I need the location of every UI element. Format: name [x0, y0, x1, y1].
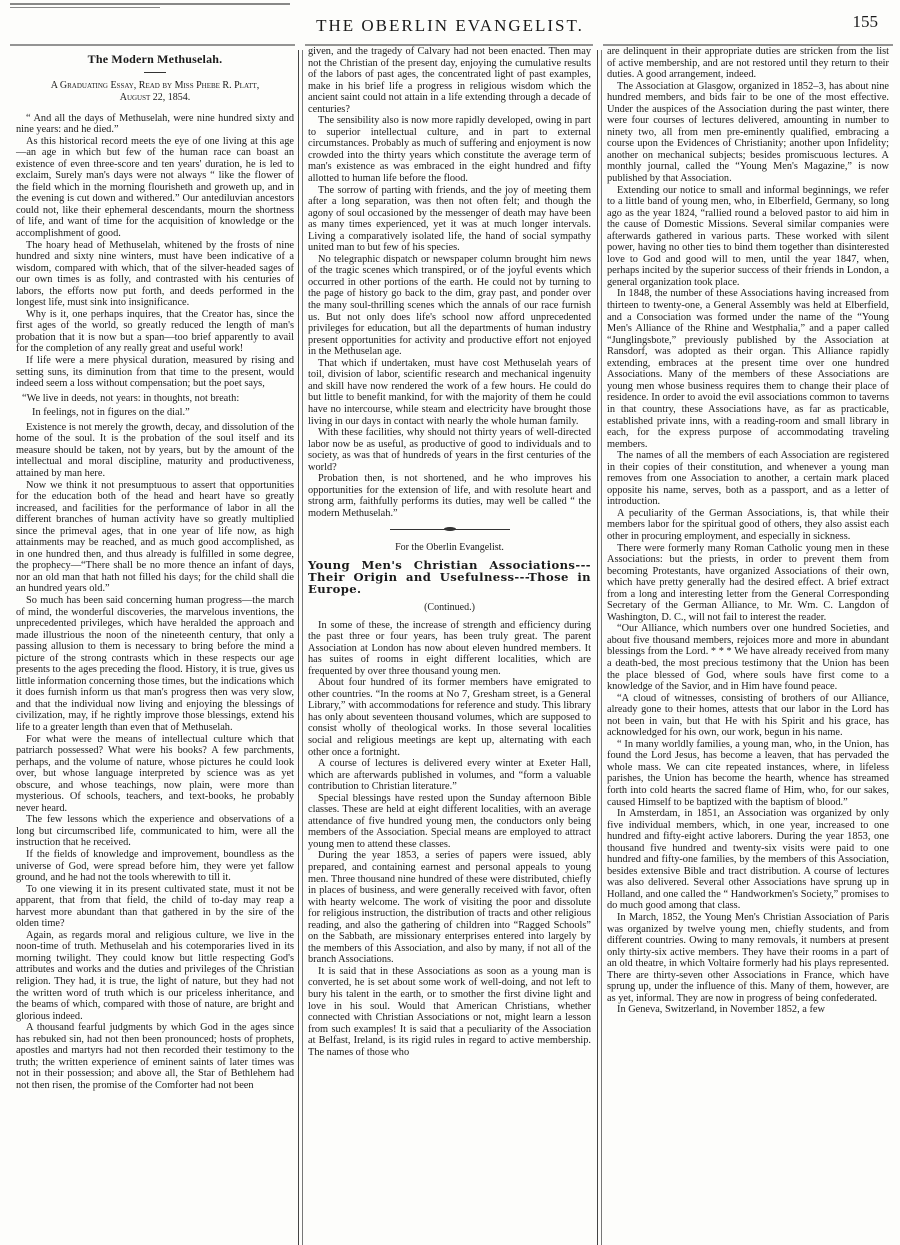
- byline-text: A Graduating Essay, Read by Miss Phebe R…: [51, 80, 260, 91]
- article-title: The Modern Methuselah.: [16, 54, 294, 66]
- paragraph: So much has been said concerning human p…: [16, 595, 294, 734]
- source-line: For the Oberlin Evangelist.: [308, 542, 591, 554]
- page-number: 155: [853, 12, 879, 32]
- paragraph: A course of lectures is delivered every …: [308, 758, 591, 793]
- paragraph: Special blessings have rested upon the S…: [308, 793, 591, 851]
- poem-line: “We live in deeds, not years: in thought…: [16, 393, 294, 405]
- article-divider: [390, 529, 510, 530]
- paragraph: In Amsterdam, in 1851, an Association wa…: [607, 808, 889, 912]
- continued-label: (Continued.): [308, 602, 591, 614]
- paragraph: “Our Alliance, which numbers over one hu…: [607, 623, 889, 692]
- paragraph: Again, as regards moral and religious cu…: [16, 930, 294, 1022]
- byline-date: August 22, 1854.: [120, 92, 191, 103]
- title-rule: [144, 72, 166, 73]
- paragraph: Existence is not merely the growth, deca…: [16, 422, 294, 480]
- paragraph-continued: given, and the tragedy of Calvary had no…: [308, 46, 591, 115]
- paragraph: No telegraphic dispatch or newspaper col…: [308, 254, 591, 358]
- paragraph: If the fields of knowledge and improveme…: [16, 849, 294, 884]
- paragraph: As this historical record meets the eye …: [16, 136, 294, 240]
- paragraph: In March, 1852, the Young Men's Christia…: [607, 912, 889, 1004]
- column-separator: [597, 50, 602, 1245]
- paragraph: To one viewing it in its present cultiva…: [16, 884, 294, 930]
- paragraph: In Geneva, Switzerland, in November 1852…: [607, 1004, 889, 1016]
- paragraph: In 1848, the number of these Association…: [607, 288, 889, 450]
- paragraph: That which if undertaken, must have cost…: [308, 358, 591, 427]
- paragraph: A peculiarity of the German Associations…: [607, 508, 889, 543]
- top-rule: [10, 3, 290, 5]
- paragraph: There were formerly many Roman Catholic …: [607, 543, 889, 624]
- paragraph: The sorrow of parting with friends, and …: [308, 185, 591, 254]
- article-byline: A Graduating Essay, Read by Miss Phebe R…: [16, 80, 294, 104]
- top-rule-thin: [10, 7, 160, 8]
- paragraph: Probation then, is not shortened, and he…: [308, 473, 591, 519]
- paragraph: Now we think it not presumptuous to asse…: [16, 480, 294, 595]
- paragraph: “ In many worldly families, a young man,…: [607, 739, 889, 808]
- paragraph: If life were a mere physical duration, m…: [16, 355, 294, 390]
- paragraph-continued: are delinquent in their appropriate duti…: [607, 46, 889, 81]
- paragraph: A thousand fearful judgments by which Go…: [16, 1022, 294, 1091]
- newspaper-title: THE OBERLIN EVANGELIST.: [0, 16, 900, 36]
- paragraph: The Association at Glasgow, organized in…: [607, 81, 889, 185]
- paragraph: “ And all the days of Methuselah, were n…: [16, 113, 294, 136]
- paragraph: In some of these, the increase of streng…: [308, 620, 591, 678]
- column-3: are delinquent in their appropriate duti…: [607, 46, 889, 1016]
- paragraph: The hoary head of Methuselah, whitened b…: [16, 240, 294, 309]
- paragraph: For what were the means of intellectual …: [16, 734, 294, 815]
- column-2: given, and the tragedy of Calvary had no…: [308, 46, 591, 1058]
- masthead: THE OBERLIN EVANGELIST. 155: [0, 0, 900, 40]
- paragraph: The names of all the members of each Ass…: [607, 450, 889, 508]
- paragraph: “A cloud of witnesses, consisting of bro…: [607, 693, 889, 739]
- column-separator: [298, 50, 303, 1245]
- paragraph: During the year 1853, a series of papers…: [308, 850, 591, 965]
- paragraph: Extending our notice to small and inform…: [607, 185, 889, 289]
- paragraph: Why is it, one perhaps inquires, that th…: [16, 309, 294, 355]
- paragraph: It is said that in these Associations as…: [308, 966, 591, 1058]
- paragraph: With these facilities, why should not th…: [308, 427, 591, 473]
- paragraph: The sensibility also is now more rapidly…: [308, 115, 591, 184]
- paragraph: About four hundred of its former members…: [308, 677, 591, 758]
- column-1: The Modern Methuselah. A Graduating Essa…: [16, 46, 294, 1091]
- poem-line: In feelings, not in figures on the dial.…: [16, 407, 294, 419]
- article-title: Young Men's Christian Associations---The…: [308, 559, 591, 595]
- paragraph: The few lessons which the experience and…: [16, 814, 294, 849]
